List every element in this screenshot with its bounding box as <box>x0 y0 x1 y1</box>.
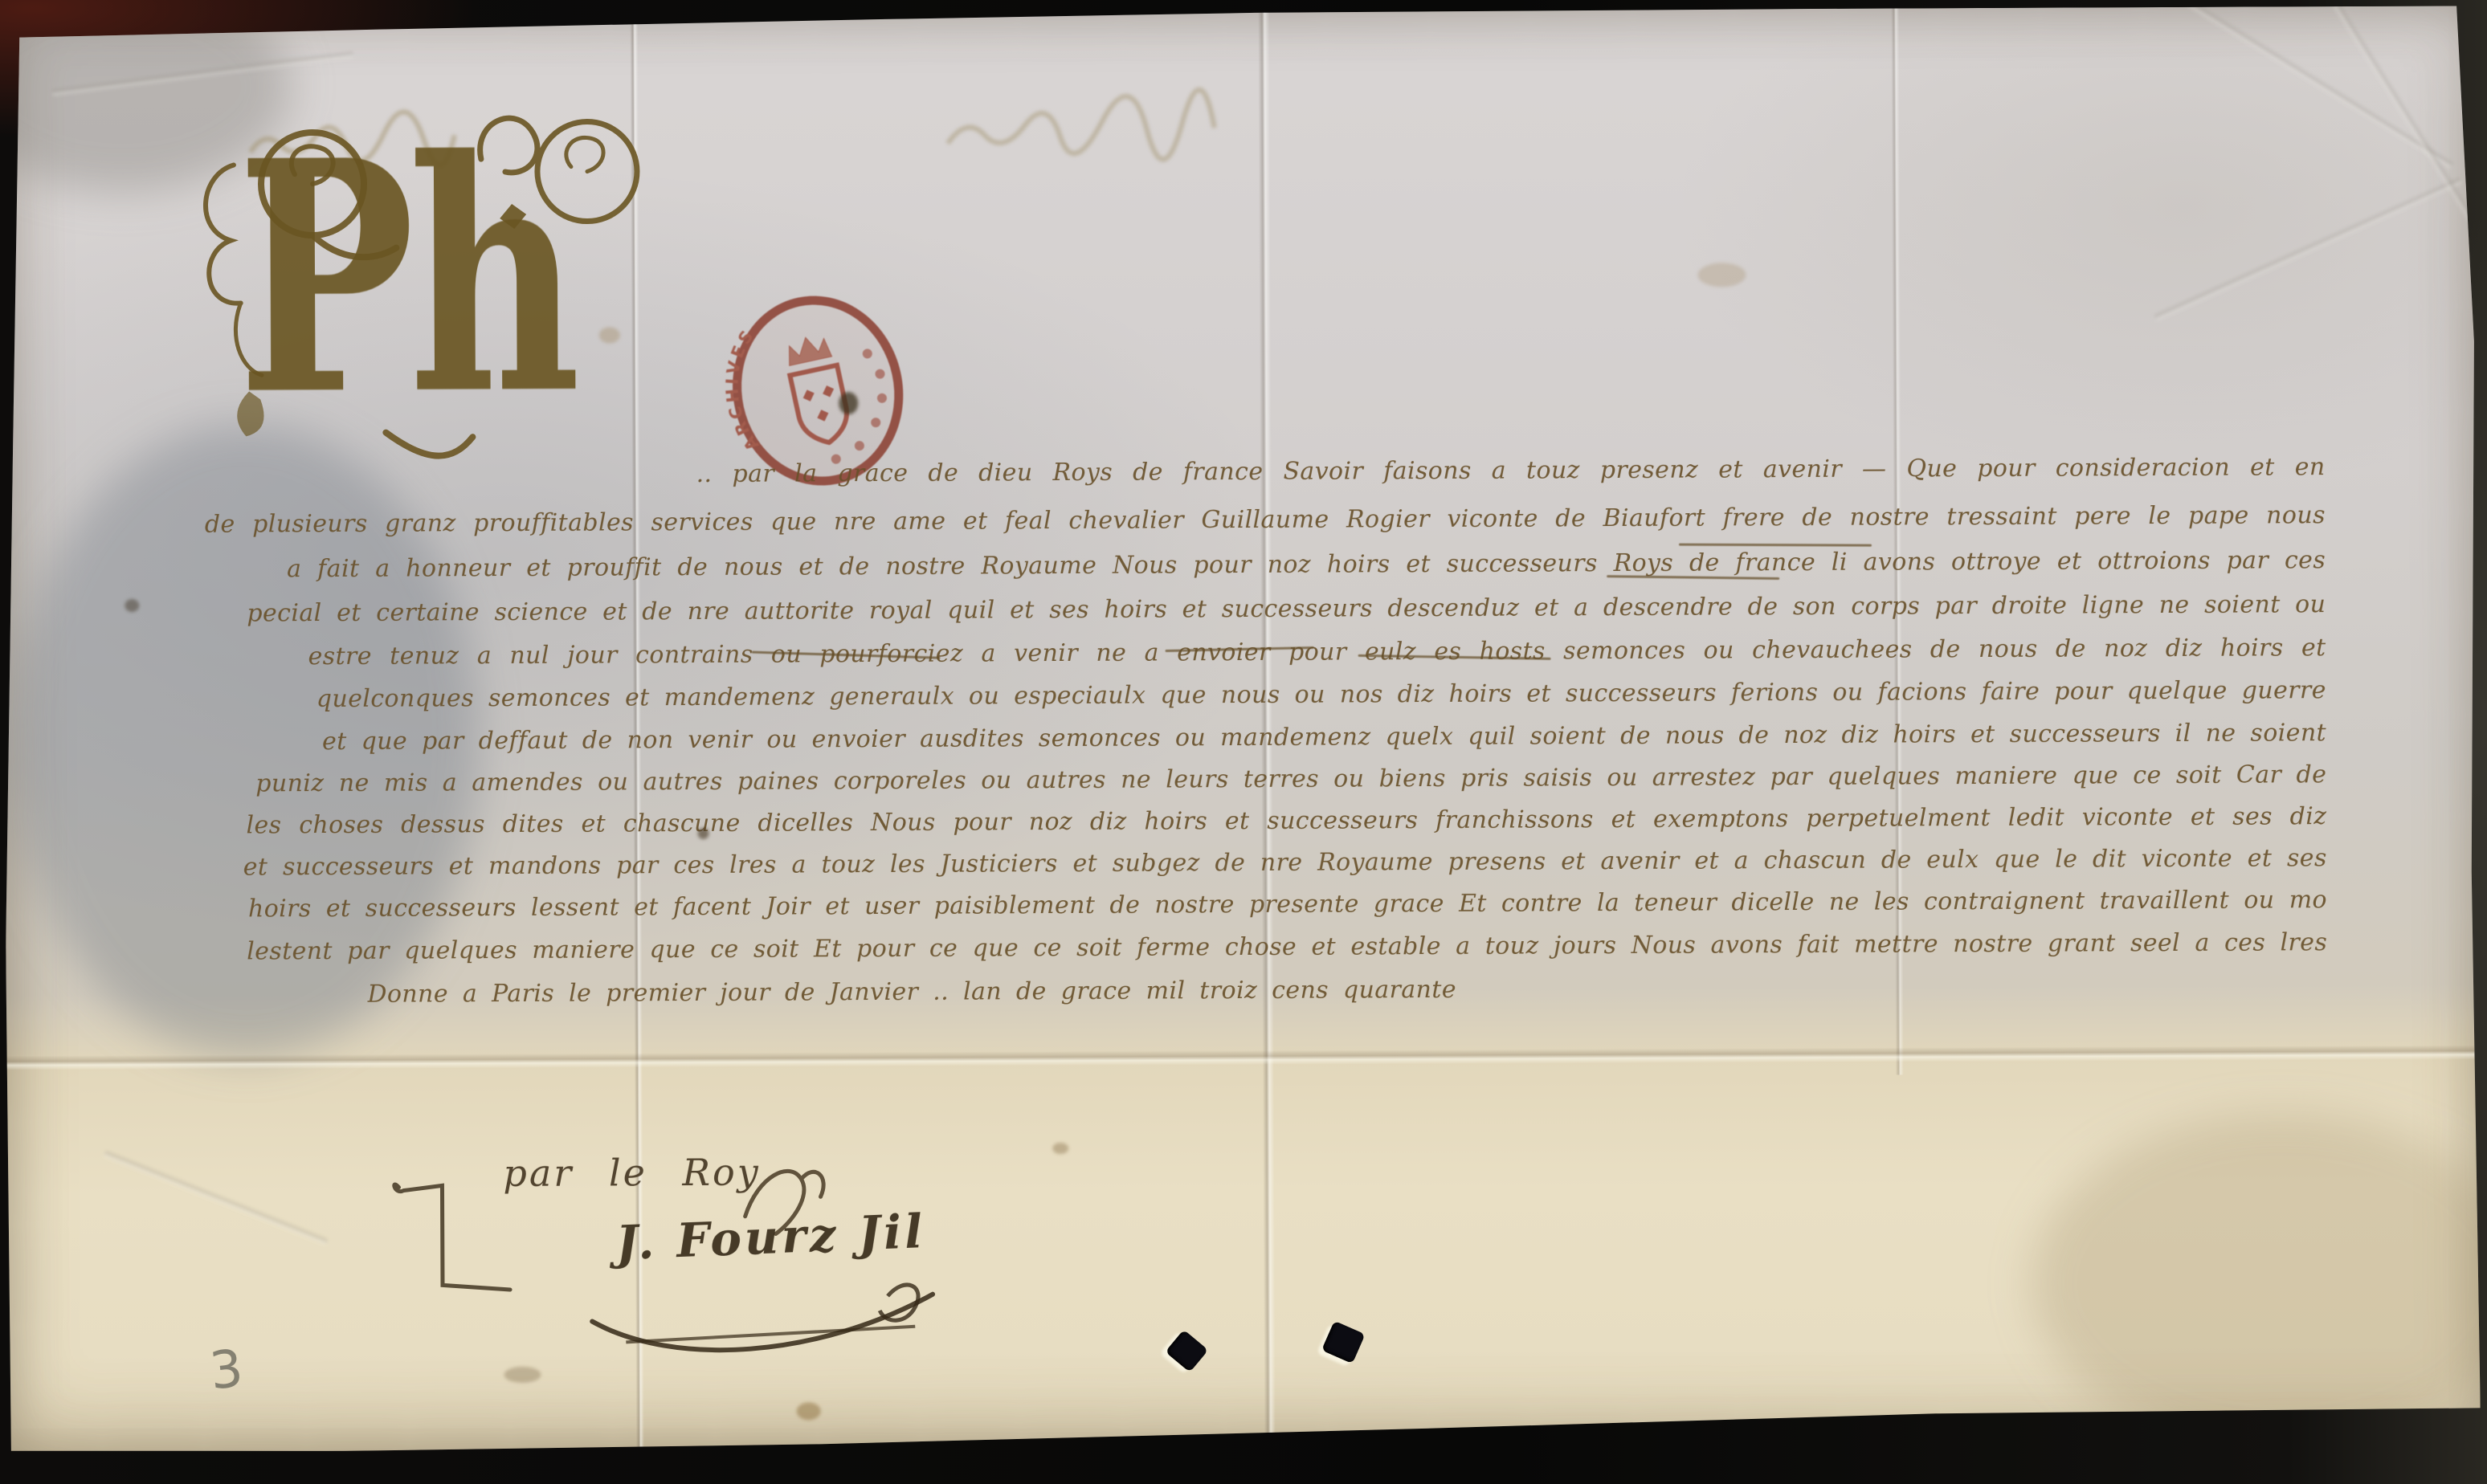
ink-dot-midleft <box>698 828 709 839</box>
charter-line-1: .. par la grace de dieu Roys de france S… <box>696 451 2326 495</box>
charter-line-8: puniz ne mis a amendes ou autres paines … <box>255 759 2326 805</box>
crease-diagonal-topright-1 <box>2096 0 2454 169</box>
parchment-sheet: Ph ARCHIVES <box>2 4 2485 1455</box>
fold-crease-horizontal-plica <box>6 1045 2484 1070</box>
charter-line-5: estre tenuz a nul jour contrains ou pour… <box>308 632 2326 678</box>
pencil-archival-number: 3 <box>207 1339 247 1402</box>
stain-top-right <box>1697 263 1746 287</box>
stain-bottom-left <box>504 1367 541 1383</box>
charter-line-3: a fait a honneur et prouffit de nous et … <box>287 544 2326 590</box>
faint-inscription-top-right <box>938 86 1276 176</box>
stain-near-initial <box>599 327 620 343</box>
charter-line-7: et que par deffaut de non venir ou envoi… <box>322 717 2326 763</box>
charter-line-13-dateline: Donne a Paris le premier jour de Janvier… <box>367 974 1492 1016</box>
seal-lace-hole-left <box>1165 1330 1208 1372</box>
charter-line-10: et successeurs et mandons par ces lres a… <box>243 842 2327 888</box>
charter-line-4: pecial et certaine science et de nre aut… <box>247 589 2326 634</box>
ink-spot-near-stamp <box>839 392 858 414</box>
underline-viconte-de-biaufort <box>1679 544 1872 547</box>
fleck-left-edge <box>125 599 139 612</box>
crease-diagonal-bottomleft <box>103 1150 329 1245</box>
charter-line-12: lestent par quelques maniere que ce soit… <box>247 927 2327 972</box>
crease-diagonal-topright-2 <box>2153 177 2463 321</box>
charter-line-6: quelconques semonces et mandemenz genera… <box>316 675 2326 720</box>
stain-bottom-center <box>797 1402 821 1420</box>
seal-lace-hole-right <box>1321 1321 1366 1364</box>
endorsement-bracket-flourish <box>392 1168 521 1305</box>
charter-line-9: les choses dessus dites et chascune dice… <box>246 801 2326 846</box>
illuminated-initial-flourishes <box>169 68 692 520</box>
signature-swash <box>570 1263 972 1369</box>
stain-mid-bottom <box>1052 1143 1068 1154</box>
charter-line-11: hoirs et successeurs lessent et facent J… <box>248 884 2327 930</box>
endorsement-par-le-roy: par le Roy <box>503 1151 761 1195</box>
photo-backdrop: Ph ARCHIVES <box>0 0 2487 1484</box>
shadow-bottom-right <box>2031 1112 2487 1452</box>
chancery-signature: J. Fourz Jil <box>615 1204 927 1270</box>
crease-diagonal-topright-3 <box>2333 2 2476 222</box>
